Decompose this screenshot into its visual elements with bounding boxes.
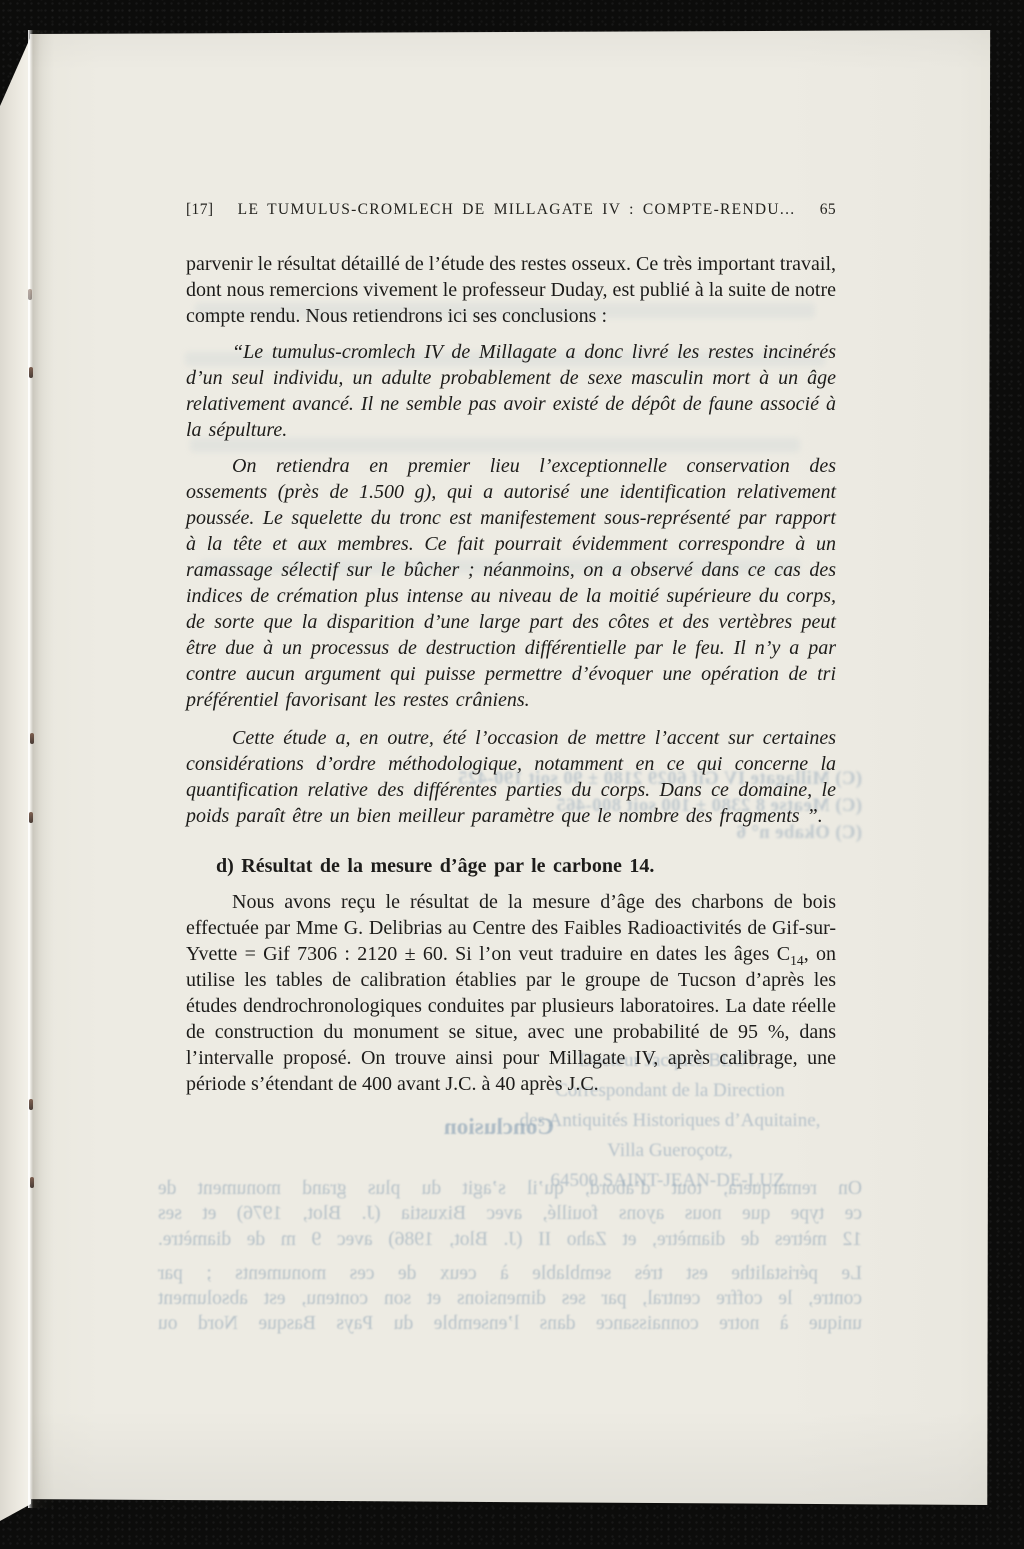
- page-header: [17] LE TUMULUS-CROMLECH DE MILLAGATE IV…: [186, 197, 836, 223]
- page-number: 65: [820, 197, 836, 223]
- carbon14-text-before: Nous avons reçu le résultat de la mesure…: [186, 891, 836, 965]
- section-heading: d) Résultat de la mesure d’âge par le ca…: [186, 853, 836, 879]
- intro-paragraph: parvenir le résultat détaillé de l’étude…: [186, 251, 836, 329]
- binding-stitch: [30, 1177, 34, 1188]
- running-title: LE TUMULUS-CROMLECH DE MILLAGATE IV : CO…: [238, 197, 796, 223]
- header-citation-marker: [17]: [186, 197, 213, 223]
- carbon14-paragraph: Nous avons reçu le résultat de la mesure…: [186, 889, 836, 1097]
- ghost-verso-paragraphs: On remarquera, tout d’abord, qu’il s’agi…: [158, 1176, 862, 1337]
- quote-paragraph-3: Cette étude a, en outre, été l’occasion …: [186, 725, 836, 829]
- ghost-verso-line: contre, le coffre central, par ses dimen…: [158, 1286, 862, 1311]
- ghost-verso-line: unique à notre connaissance dans l’ensem…: [158, 1311, 862, 1336]
- page-content: [17] LE TUMULUS-CROMLECH DE MILLAGATE IV…: [186, 197, 836, 1097]
- scanned-book-photo: (C) Millagate IV Gif 6029 2180 ± 90 soit…: [0, 0, 1024, 1549]
- ghost-verso-line: ce type que nous ayons fouillé, avec Bix…: [158, 1201, 862, 1226]
- ghost-conclusion-heading: Conclusion: [444, 1114, 554, 1140]
- ghost-signature-line: Villa Gueroçotz,: [492, 1136, 848, 1166]
- quote-paragraph-1: “Le tumulus-cromlech IV de Millagate a d…: [186, 339, 836, 443]
- ghost-verso-line: On remarquera, tout d’abord, qu’il s’agi…: [158, 1176, 862, 1201]
- binding-stitch: [28, 289, 32, 300]
- quote-paragraph-2: On retiendra en premier lieu l’exception…: [186, 453, 836, 713]
- carbon14-subscript: 14: [790, 953, 804, 968]
- binding-stitch: [29, 812, 33, 823]
- ghost-verso-line: 12 mètres de diamètre, et Zaho II (J. Bl…: [158, 1227, 862, 1252]
- binding-stitch: [30, 733, 34, 744]
- carbon14-text-after: , on utilise les tables de calibration é…: [186, 943, 836, 1095]
- ghost-verso-line: Le péristalithe est très semblable à ceu…: [158, 1261, 862, 1286]
- binding-stitch: [29, 1099, 33, 1110]
- facing-page-edge: [0, 0, 31, 1549]
- binding-stitch: [29, 367, 33, 378]
